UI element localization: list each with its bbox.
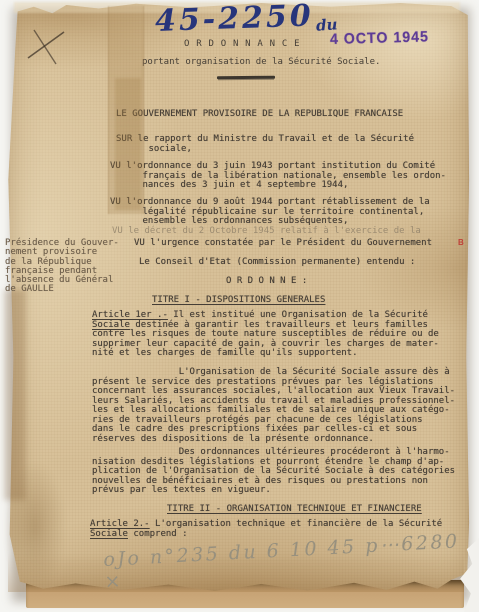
article-2-lead: L'organisation technique et financière d…	[150, 519, 443, 529]
title-2-heading: TITRE II - ORGANISATION TECHNIQUE ET FIN…	[167, 505, 422, 515]
side-letter-mark: B	[458, 238, 464, 247]
document-type-title: O R D O N N A N C E	[184, 39, 300, 49]
scanned-document: 45-2250 du 4 OCTO 1945 O R D O N N A N C…	[0, 0, 479, 612]
preamble-opening: LE GOUVERNEMENT PROVISOIRE DE LA REPUBLI…	[116, 110, 403, 120]
title-1-heading: TITRE I - DISPOSITIONS GENERALES	[152, 296, 325, 306]
article-1-paragraph: Article 1er .- Il est institué une Organ…	[92, 311, 439, 359]
document-subject: portant organisation de la Sécurité Soci…	[142, 57, 380, 67]
clause-vu-decret-1945: VU le décret du 2 Octobre 1945 relatif à…	[112, 227, 421, 237]
article-1-rest: destinée à garantir les travailleurs et …	[92, 320, 439, 359]
paragraph-ordonnances-ulterieures: Des ordonnances ultérieures procéderont …	[92, 448, 455, 496]
date-stamp: 4 OCTO 1945	[330, 28, 429, 48]
council-line: Le Conseil d'Etat (Commission permanente…	[139, 258, 415, 268]
clause-vu-ordonnance-1944: VU l'ordonnance du 9 août 1944 portant r…	[110, 198, 430, 227]
article-2-label: Article 2.-	[90, 519, 150, 529]
article-2-rest: comprend :	[128, 529, 188, 539]
subtitle-rule	[217, 76, 275, 79]
ordinance-number-handwritten: 45-2250	[154, 0, 314, 39]
clause-sur-rapport: SUR le rapport du Ministre du Travail et…	[116, 135, 414, 154]
paragraph-organisation-assure: L'Organisation de la Sécurité Sociale as…	[92, 368, 455, 444]
clause-vu-ordonnance-1943: VU l'ordonnance du 3 juin 1943 portant i…	[110, 162, 446, 191]
margin-note-presidence: Présidence du Gouver- nement provisoire …	[5, 239, 119, 295]
typewritten-content: O R D O N N A N C E portant organisation…	[0, 0, 479, 612]
article-1-label: Article 1er .-	[92, 310, 168, 320]
article-2-underlined-word: Sociale	[90, 529, 128, 539]
tape-stain	[115, 78, 141, 210]
enacting-formula: O R D O N N E :	[226, 277, 307, 287]
article-1-lead: Il est institué une Organisation de la S…	[168, 310, 428, 320]
clause-vu-urgence: VU l'urgence constatée par le Président …	[134, 239, 432, 249]
article-1-underlined-word: Sociale	[92, 320, 130, 330]
